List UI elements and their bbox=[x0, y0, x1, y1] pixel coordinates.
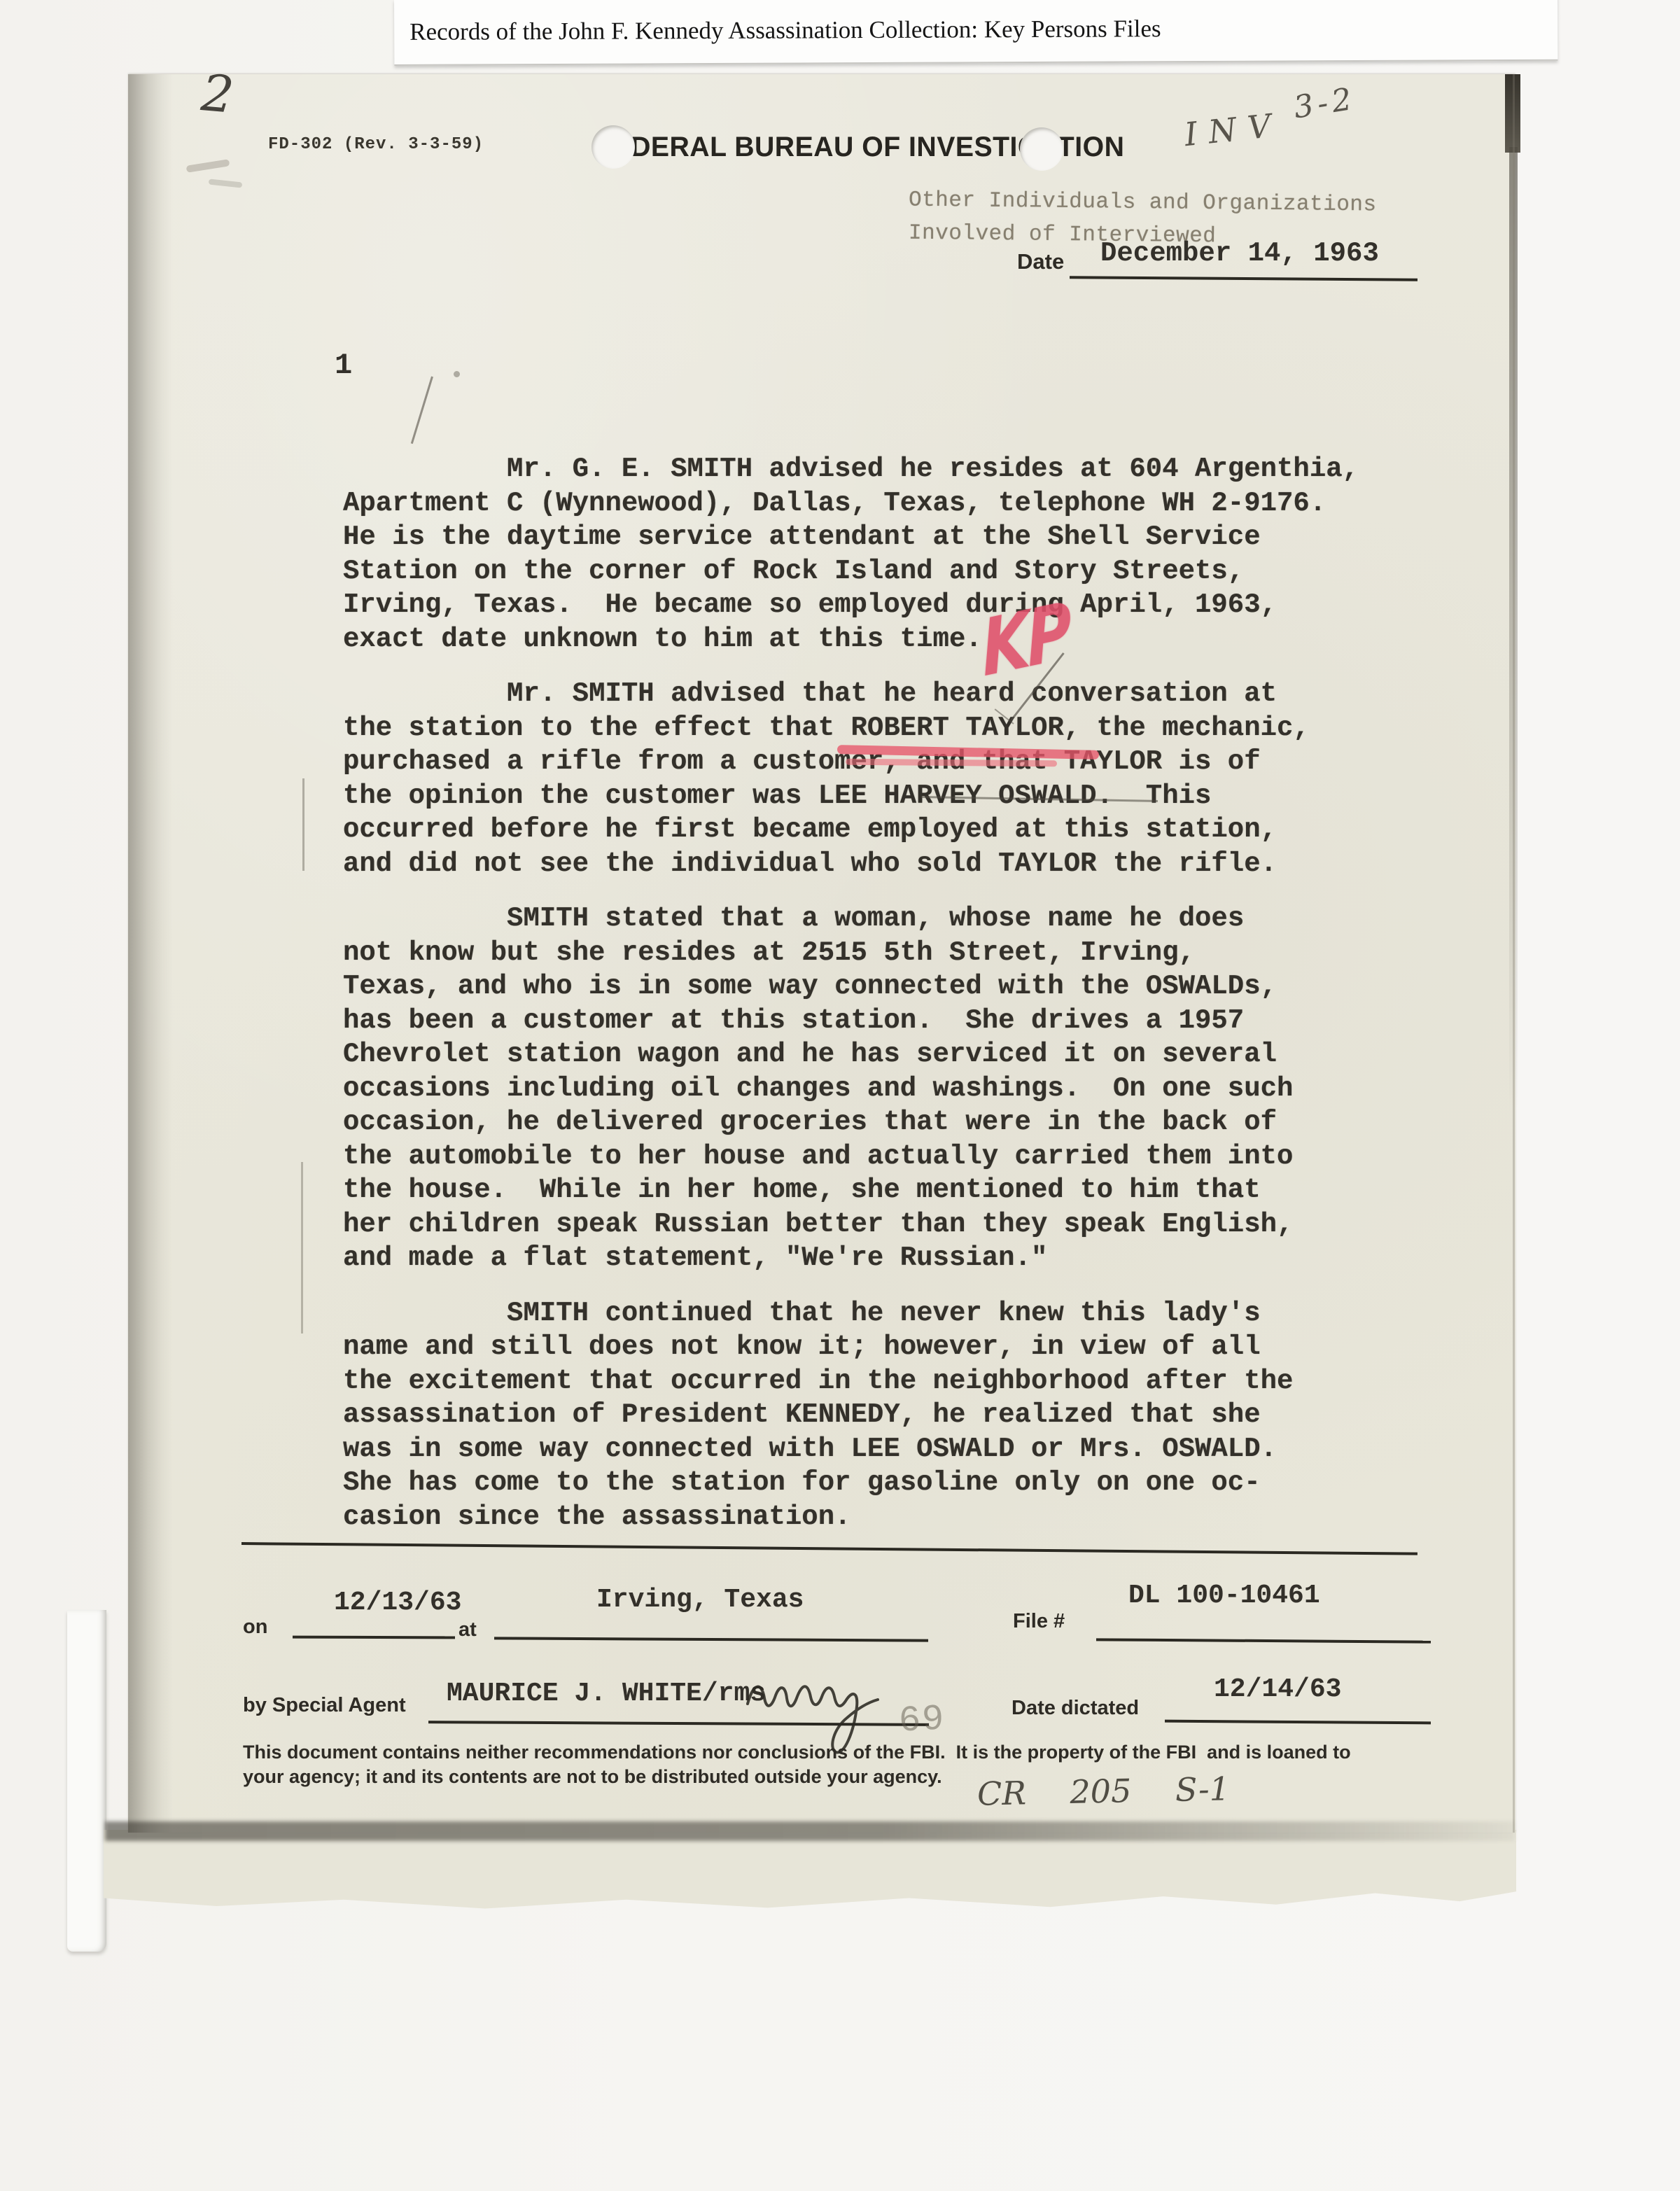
page-bottom-shadow bbox=[105, 1821, 1515, 1841]
hole-punch-left bbox=[591, 125, 635, 169]
paragraph-rifle: Mr. SMITH advised that he heard conversa… bbox=[343, 677, 1393, 881]
kp-red-annotation: KP bbox=[979, 587, 1072, 695]
paragraph-conclusion: SMITH continued that he never knew this … bbox=[343, 1296, 1393, 1534]
on-label: on bbox=[243, 1616, 267, 1639]
margin-emphasis-line-2 bbox=[301, 1162, 303, 1333]
paper-right-hairline bbox=[1513, 74, 1515, 1833]
underlying-page-edge bbox=[67, 1610, 106, 1952]
date-dictated-value: 12/14/63 bbox=[1214, 1674, 1341, 1704]
margin-emphasis-line-1 bbox=[302, 778, 304, 871]
handwritten-cr-note: CR 205 S-1 bbox=[976, 1770, 1230, 1813]
handwritten-page-mark: 2 bbox=[199, 63, 236, 125]
report-body: Mr. G. E. SMITH advised he resides at 60… bbox=[343, 452, 1393, 1555]
paragraph-residence: Mr. G. E. SMITH advised he resides at 60… bbox=[343, 452, 1393, 656]
classification-stamp-line1: Other Individuals and Organizations bbox=[909, 188, 1377, 218]
page-number: 1 bbox=[335, 349, 352, 382]
date-label: Date bbox=[1017, 249, 1064, 274]
date-dictated-label: Date dictated bbox=[1011, 1697, 1139, 1720]
fbi-disclaimer: This document contains neither recommend… bbox=[243, 1740, 1426, 1789]
hole-punch-right bbox=[1020, 127, 1063, 171]
page-stamp-69: 69 bbox=[898, 1698, 946, 1742]
on-underline bbox=[293, 1636, 455, 1639]
form-number: FD-302 (Rev. 3-3-59) bbox=[268, 135, 484, 154]
interview-date-value: 12/13/63 bbox=[334, 1588, 461, 1618]
date-value: December 14, 1963 bbox=[1100, 238, 1379, 269]
file-number-value: DL 100-10461 bbox=[1128, 1581, 1320, 1611]
pencil-dot bbox=[454, 371, 460, 377]
second-sheet-torn-edge bbox=[104, 1830, 1516, 1911]
paper-left-shadow bbox=[128, 74, 173, 1833]
archive-banner-title: Records of the John F. Kennedy Assassina… bbox=[394, 0, 1557, 64]
at-label: at bbox=[458, 1618, 477, 1641]
paragraph-woman: SMITH stated that a woman, whose name he… bbox=[343, 902, 1393, 1275]
special-agent-value: MAURICE J. WHITE/rms bbox=[447, 1679, 766, 1709]
special-agent-label: by Special Agent bbox=[243, 1694, 406, 1717]
archive-banner: Records of the John F. Kennedy Assassina… bbox=[394, 0, 1557, 66]
file-number-label: File # bbox=[1013, 1610, 1065, 1633]
interview-location-value: Irving, Texas bbox=[596, 1585, 804, 1615]
